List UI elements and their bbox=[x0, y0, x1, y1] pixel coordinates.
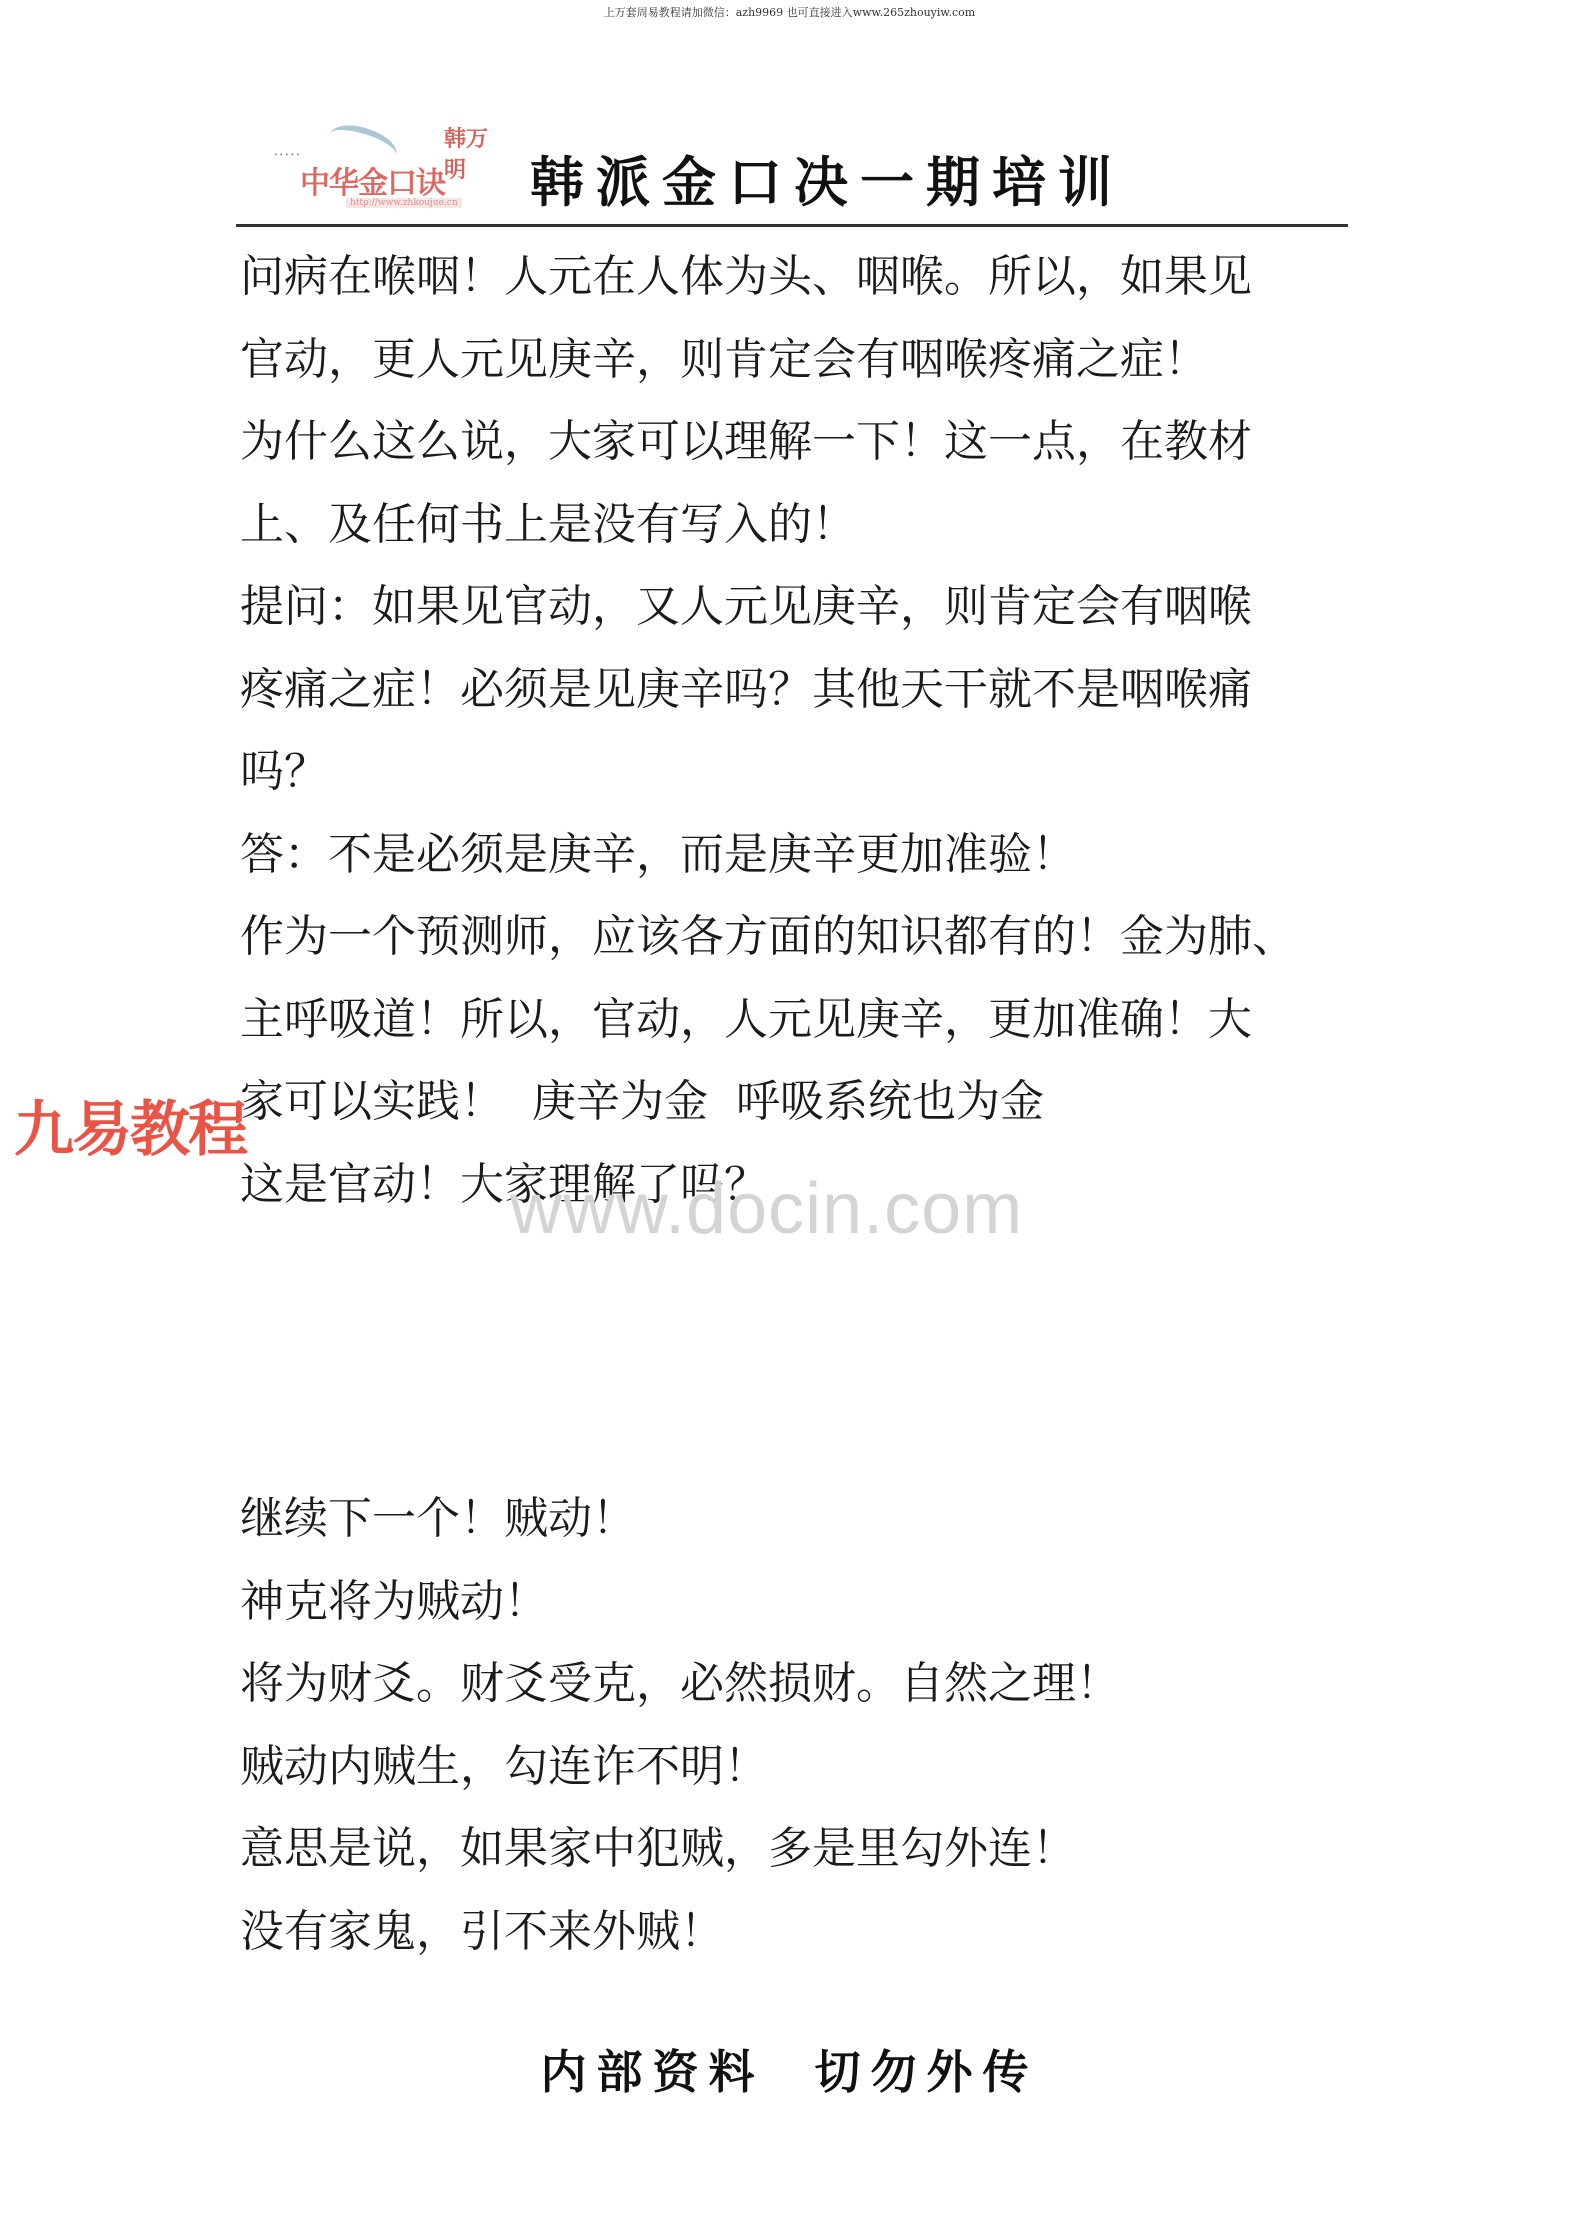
text-line: 贼动内贼生，勾连诈不明！ bbox=[240, 1726, 1350, 1809]
docin-watermark: www.docin.com bbox=[510, 1168, 1023, 1250]
text-line: 没有家鬼，引不来外贼！ bbox=[240, 1891, 1350, 1974]
text-line: 意思是说，如果家中犯贼，多是里勾外连！ bbox=[240, 1808, 1350, 1891]
footer-right: 切勿外传 bbox=[815, 2045, 1039, 2099]
footer-left: 内部资料 bbox=[541, 2045, 765, 2099]
red-watermark-stamp: 九易教程 bbox=[14, 1082, 246, 1168]
logo-dots: ••••• bbox=[274, 152, 302, 159]
document-header: ••••• 韩万明 中华金口诀 http://www.zhkoujue.cn 韩… bbox=[236, 100, 1348, 224]
text-line: 神克将为贼动！ bbox=[240, 1561, 1350, 1644]
logo: ••••• 韩万明 中华金口诀 http://www.zhkoujue.cn bbox=[266, 110, 506, 220]
text-line: 家可以实践！ 庚辛为金 呼吸系统也为金 bbox=[240, 1061, 1350, 1144]
body-section-1: 问病在喉咽！人元在人体为头、咽喉。所以，如果见 官动，更人元见庚辛，则肯定会有咽… bbox=[240, 236, 1350, 1226]
header-divider bbox=[236, 224, 1348, 227]
body-section-2: 继续下一个！贼动！ 神克将为贼动！ 将为财爻。财爻受克，必然损财。自然之理！ 贼… bbox=[240, 1478, 1350, 1973]
text-line: 上、及任何书上是没有写入的！ bbox=[240, 484, 1350, 567]
document-title: 韩派金口决一期培训 bbox=[530, 140, 1124, 217]
text-line: 将为财爻。财爻受克，必然损财。自然之理！ bbox=[240, 1643, 1350, 1726]
footer-confidential-note: 内部资料切勿外传 bbox=[0, 2036, 1579, 2102]
text-line: 答：不是必须是庚辛，而是庚辛更加准验！ bbox=[240, 814, 1350, 897]
text-line: 吗？ bbox=[240, 731, 1350, 814]
text-line: 继续下一个！贼动！ bbox=[240, 1478, 1350, 1561]
top-banner-notice: 上万套周易教程请加微信：azh9969 也可直接进入www.265zhouyiw… bbox=[0, 4, 1579, 20]
text-line: 提问：如果见官动，又人元见庚辛，则肯定会有咽喉 bbox=[240, 566, 1350, 649]
text-line: 作为一个预测师，应该各方面的知识都有的！金为肺、 bbox=[240, 896, 1350, 979]
logo-name: 中华金口诀 bbox=[300, 158, 445, 202]
text-line: 官动，更人元见庚辛，则肯定会有咽喉疼痛之症！ bbox=[240, 319, 1350, 402]
text-line: 问病在喉咽！人元在人体为头、咽喉。所以，如果见 bbox=[240, 236, 1350, 319]
logo-url: http://www.zhkoujue.cn bbox=[346, 198, 462, 208]
text-line: 为什么这么说，大家可以理解一下！这一点，在教材 bbox=[240, 401, 1350, 484]
text-line: 主呼吸道！所以，官动，人元见庚辛，更加准确！大 bbox=[240, 979, 1350, 1062]
logo-author: 韩万明 bbox=[444, 122, 506, 184]
text-line: 疼痛之症！必须是见庚辛吗？其他天干就不是咽喉痛 bbox=[240, 649, 1350, 732]
